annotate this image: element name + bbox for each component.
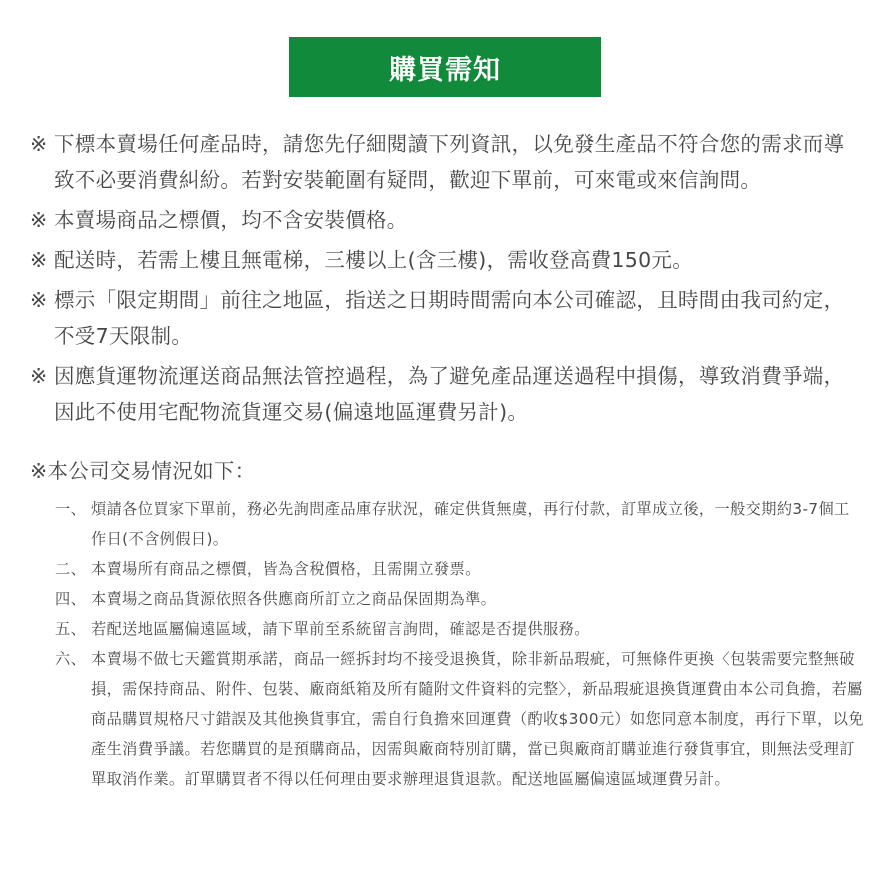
notice-text: 因應貨運物流運送商品無法管控過程，為了避免產品運送過程中損傷，導致消費爭端，因此… [54, 364, 844, 424]
term-number: 六、 [55, 644, 91, 794]
term-text: 若配送地區屬偏遠區域，請下單前至系統留言詢問，確認是否提供服務。 [91, 614, 865, 644]
term-item: 五、 若配送地區屬偏遠區域，請下單前至系統留言詢問，確認是否提供服務。 [55, 614, 865, 644]
notice-item: ※本賣場商品之標價，均不含安裝價格。 [30, 202, 865, 238]
term-text: 本賣場之商品貨源依照各供應商所訂立之商品保固期為準。 [91, 584, 865, 614]
term-item: 四、 本賣場之商品貨源依照各供應商所訂立之商品保固期為準。 [55, 584, 865, 614]
notice-text: 下標本賣場任何產品時，請您先仔細閱讀下列資訊，以免發生產品不符合您的需求而導致不… [54, 132, 844, 192]
term-item: 一、 煩請各位買家下單前，務必先詢問產品庫存狀況，確定供貨無虞，再行付款，訂單成… [55, 494, 865, 554]
notice-text: 本賣場商品之標價，均不含安裝價格。 [54, 208, 408, 232]
term-number: 二、 [55, 554, 91, 584]
notice-text: 配送時，若需上樓且無電梯，三樓以上(含三樓)，需收登高費150元。 [54, 248, 693, 272]
reference-mark-icon: ※ [30, 242, 54, 278]
term-number: 四、 [55, 584, 91, 614]
terms-list: 一、 煩請各位買家下單前，務必先詢問產品庫存狀況，確定供貨無虞，再行付款，訂單成… [55, 494, 865, 794]
notice-text: 標示「限定期間」前往之地區，指送之日期時間需向本公司確認，且時間由我司約定，不受… [54, 288, 844, 348]
title-banner: 購買需知 [289, 37, 601, 97]
section-heading: ※本公司交易情況如下： [30, 456, 255, 486]
reference-mark-icon: ※ [30, 282, 54, 318]
term-item: 六、 本賣場不做七天鑑賞期承諾，商品一經拆封均不接受退換貨，除非新品瑕疵，可無條… [55, 644, 865, 794]
term-text: 煩請各位買家下單前，務必先詢問產品庫存狀況，確定供貨無虞，再行付款，訂單成立後，… [91, 494, 865, 554]
term-text: 本賣場所有商品之標價，皆為含稅價格，且需開立發票。 [91, 554, 865, 584]
term-item: 二、 本賣場所有商品之標價，皆為含稅價格，且需開立發票。 [55, 554, 865, 584]
notice-item: ※因應貨運物流運送商品無法管控過程，為了避免產品運送過程中損傷，導致消費爭端，因… [30, 358, 865, 430]
term-number: 五、 [55, 614, 91, 644]
page-title: 購買需知 [389, 48, 501, 87]
notice-item: ※下標本賣場任何產品時，請您先仔細閱讀下列資訊，以免發生產品不符合您的需求而導致… [30, 126, 865, 198]
term-number: 一、 [55, 494, 91, 554]
reference-mark-icon: ※ [30, 202, 54, 238]
notice-item: ※配送時，若需上樓且無電梯，三樓以上(含三樓)，需收登高費150元。 [30, 242, 865, 278]
reference-mark-icon: ※ [30, 126, 54, 162]
notice-item: ※標示「限定期間」前往之地區，指送之日期時間需向本公司確認，且時間由我司約定，不… [30, 282, 865, 354]
notice-list: ※下標本賣場任何產品時，請您先仔細閱讀下列資訊，以免發生產品不符合您的需求而導致… [30, 126, 865, 434]
reference-mark-icon: ※ [30, 358, 54, 394]
term-text: 本賣場不做七天鑑賞期承諾，商品一經拆封均不接受退換貨，除非新品瑕疵，可無條件更換… [91, 644, 865, 794]
